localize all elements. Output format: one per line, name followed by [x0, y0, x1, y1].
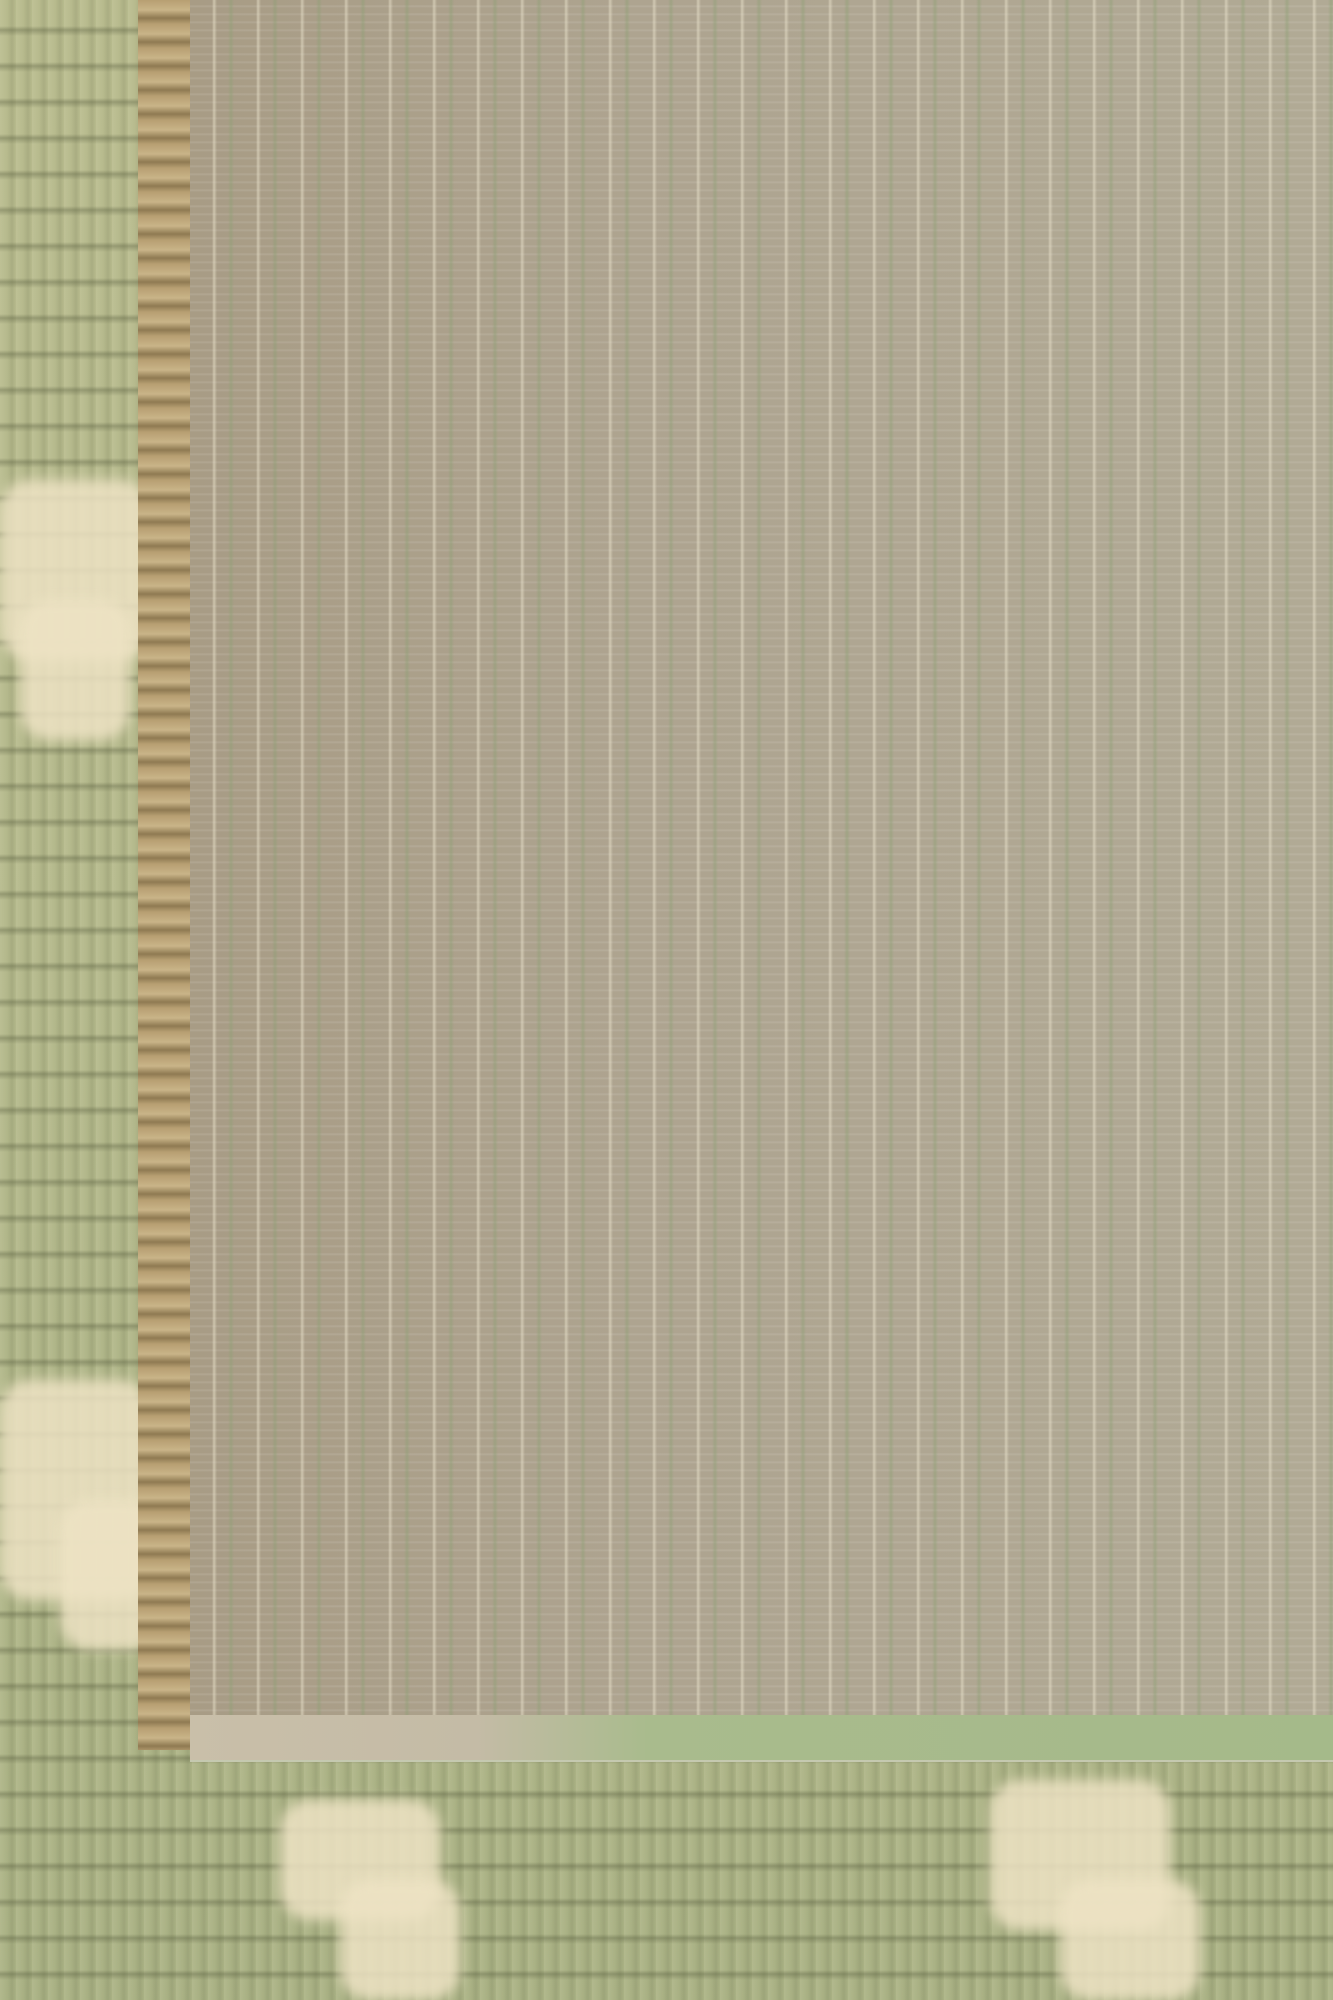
cream-motif: [340, 1880, 460, 2000]
cream-motif: [20, 600, 130, 740]
cream-motif: [1060, 1880, 1200, 2000]
photo-scene: Folded corner of a hand-knotted rug show…: [0, 0, 1333, 2000]
rug-bottom-binding: [190, 1715, 1333, 1762]
rug-back-weave: [190, 0, 1333, 1730]
